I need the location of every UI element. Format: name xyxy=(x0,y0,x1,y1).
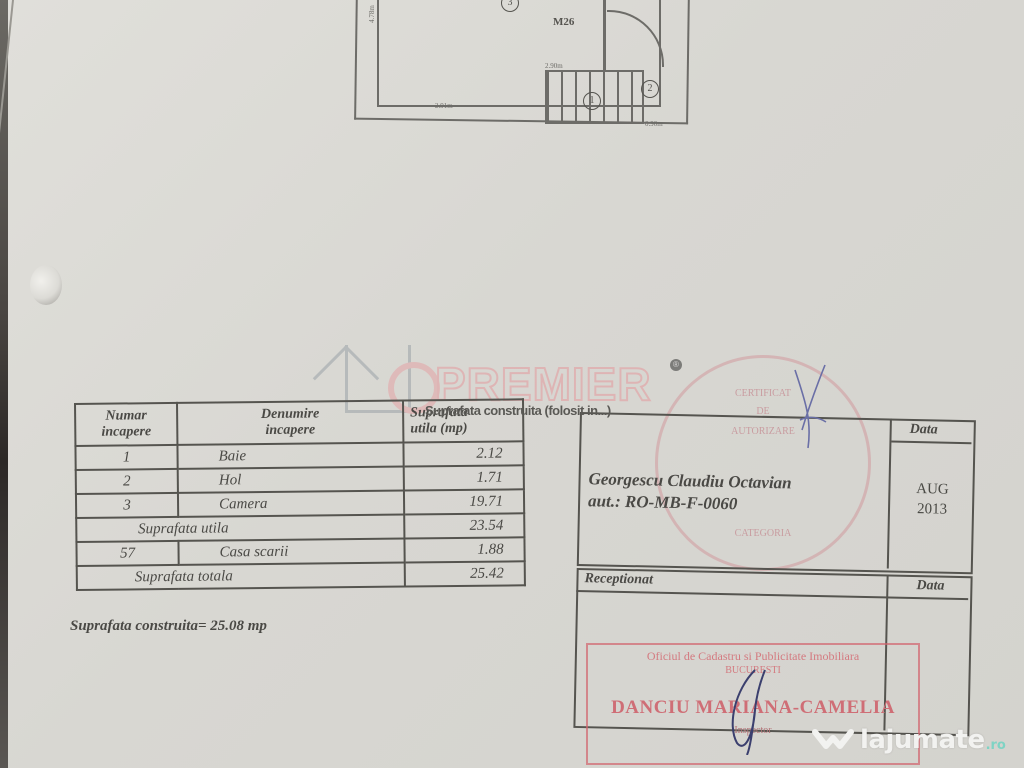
total-area-value: 25.42 xyxy=(405,561,525,586)
header-text: incapere xyxy=(265,422,315,438)
header-text: Denumire xyxy=(261,406,319,422)
overlay-text: Suprafata construita (folosit in...) xyxy=(425,403,611,418)
dimension-label: 2.90m xyxy=(545,62,563,70)
room-marker: 1 xyxy=(583,92,601,110)
useful-area-value: 23.54 xyxy=(404,513,524,538)
stamp-text: CERTIFICAT xyxy=(658,388,868,399)
room-area: 1.71 xyxy=(404,465,524,490)
total-area-label: Suprafata totala xyxy=(77,563,405,590)
room-area: 2.12 xyxy=(403,441,523,466)
header-text: Numar xyxy=(105,408,146,423)
header-text: incapere xyxy=(101,424,151,440)
total-area-row: Suprafata totala 25.42 xyxy=(77,561,525,590)
author-date: AUG 2013 xyxy=(896,479,969,520)
author-line: Georgescu Claudiu Octavian xyxy=(588,469,791,492)
registered-icon: ® xyxy=(670,359,682,371)
room-number: 1 xyxy=(75,445,177,470)
room-area: 1.88 xyxy=(404,537,524,562)
room-number: 2 xyxy=(76,469,178,494)
punch-hole xyxy=(30,265,62,305)
room-area: 19.71 xyxy=(404,489,524,514)
rooms-table: Numar incapere Denumire incapere Suprafa… xyxy=(74,398,526,591)
header-room-number: Numar incapere xyxy=(75,403,177,446)
room-name: Hol xyxy=(178,467,404,493)
floor-plan: M26 3 2 1 4.78m 2.90m 2.91m 0.90m xyxy=(355,0,690,145)
room-name: Baie xyxy=(177,443,403,469)
plan-partition-wall xyxy=(603,0,606,70)
date-header: Data xyxy=(910,422,938,439)
header-room-name: Denumire incapere xyxy=(177,401,403,445)
lajumate-name: lajumate xyxy=(860,725,985,755)
room-label: M26 xyxy=(553,16,574,28)
date-year: 2013 xyxy=(917,501,947,518)
author-license: aut.: RO-MB-F-0060 xyxy=(588,491,738,513)
lajumate-watermark: lajumate .ro xyxy=(812,722,1006,758)
room-name: Camera xyxy=(178,491,404,517)
date-month: AUG xyxy=(916,481,949,498)
room-number: 3 xyxy=(76,493,178,518)
signature-icon xyxy=(725,665,770,755)
lajumate-logo-icon xyxy=(812,726,854,754)
stamp-office: Oficiul de Cadastru si Publicitate Imobi… xyxy=(588,649,918,664)
author-name: Georgescu Claudiu Octavian aut.: RO-MB-F… xyxy=(588,468,792,516)
dimension-label: 4.78m xyxy=(368,5,376,23)
lajumate-tld: .ro xyxy=(986,738,1006,753)
dimension-label: 0.90m xyxy=(645,120,663,128)
signature-icon xyxy=(790,360,830,450)
received-date-header: Data xyxy=(916,578,944,595)
room-name: Casa scarii xyxy=(178,539,404,565)
room-number: 57 xyxy=(76,541,178,566)
received-label: Receptionat xyxy=(584,571,653,588)
useful-area-label: Suprafata utila xyxy=(76,515,404,542)
room-marker: 2 xyxy=(641,80,659,98)
header-text: utila (mp) xyxy=(410,421,467,437)
dimension-label: 2.91m xyxy=(435,102,453,110)
built-area-note: Suprafata construita= 25.08 mp xyxy=(70,618,267,635)
